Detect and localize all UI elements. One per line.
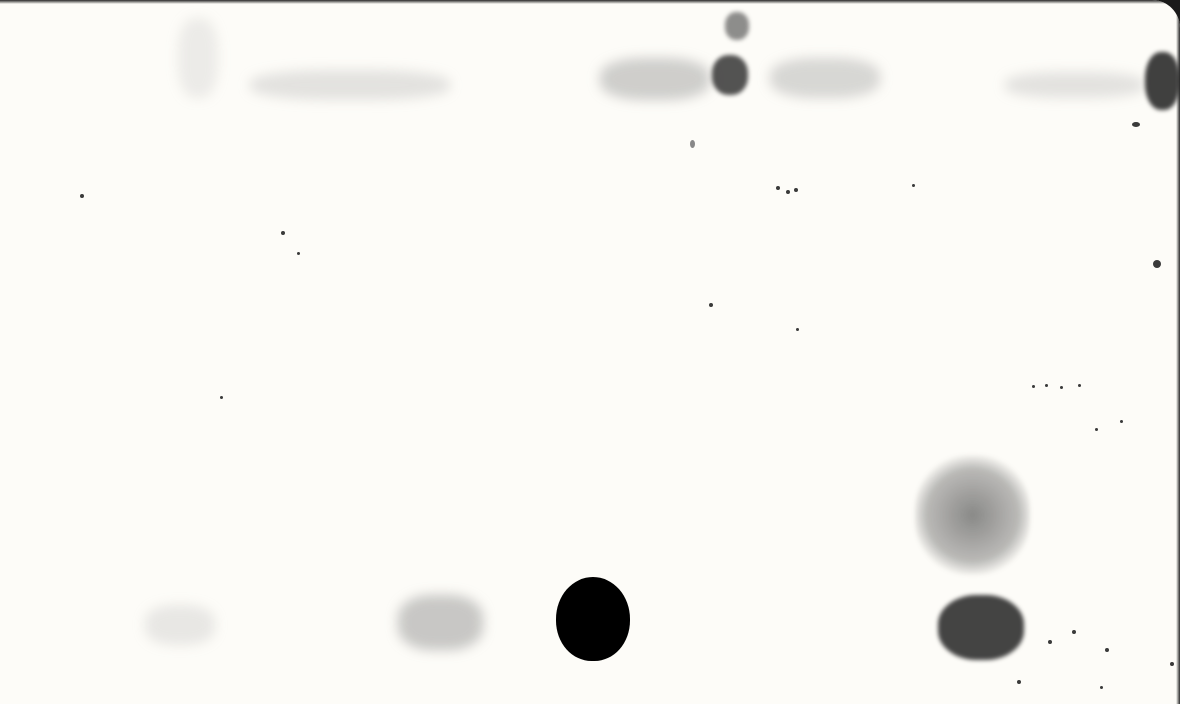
ink-speck [1072, 630, 1076, 634]
speckle-cluster-right [915, 455, 1030, 575]
ink-speck [1170, 662, 1174, 666]
ink-speck [297, 252, 300, 255]
faded-band-top-center [600, 58, 710, 100]
ink-speck [1095, 428, 1098, 431]
ink-speck [1060, 386, 1063, 389]
ink-blot-top-right-edge [1145, 52, 1180, 110]
ink-speck [1078, 384, 1081, 387]
ink-speck [220, 396, 223, 399]
punched-hole [556, 577, 630, 661]
ink-speck [1032, 385, 1035, 388]
ink-speck [1120, 420, 1123, 423]
ink-speck [1105, 648, 1109, 652]
faded-band-top-center-right [770, 58, 880, 98]
ink-speck [1153, 260, 1161, 268]
ink-speck [796, 328, 799, 331]
ink-speck [912, 184, 915, 187]
ink-blot-top-center-upper [725, 12, 749, 40]
ink-speck [776, 186, 780, 190]
ink-speck [1100, 686, 1103, 689]
ink-speck [281, 231, 285, 235]
card-right-edge-shadow [1176, 0, 1180, 704]
ink-speck [709, 303, 713, 307]
ink-speck [786, 190, 790, 194]
faded-band-top-right [1005, 72, 1145, 98]
ink-speck [1017, 680, 1021, 684]
ink-blot-top-center [712, 55, 748, 95]
ink-speck [1132, 122, 1140, 127]
faded-band-lower-center [398, 595, 483, 650]
card-top-edge-shadow [0, 0, 1180, 4]
ink-speck [80, 194, 84, 198]
ink-speck [794, 188, 798, 192]
faded-band-lower-left [145, 605, 215, 645]
faded-band-top-left [250, 70, 450, 100]
ink-blot-lower-right [938, 595, 1024, 660]
ink-speck [1045, 384, 1048, 387]
ink-speck [690, 140, 695, 148]
index-card [0, 0, 1180, 704]
faded-band-top-left-small [178, 18, 218, 98]
ink-speck [1048, 640, 1052, 644]
